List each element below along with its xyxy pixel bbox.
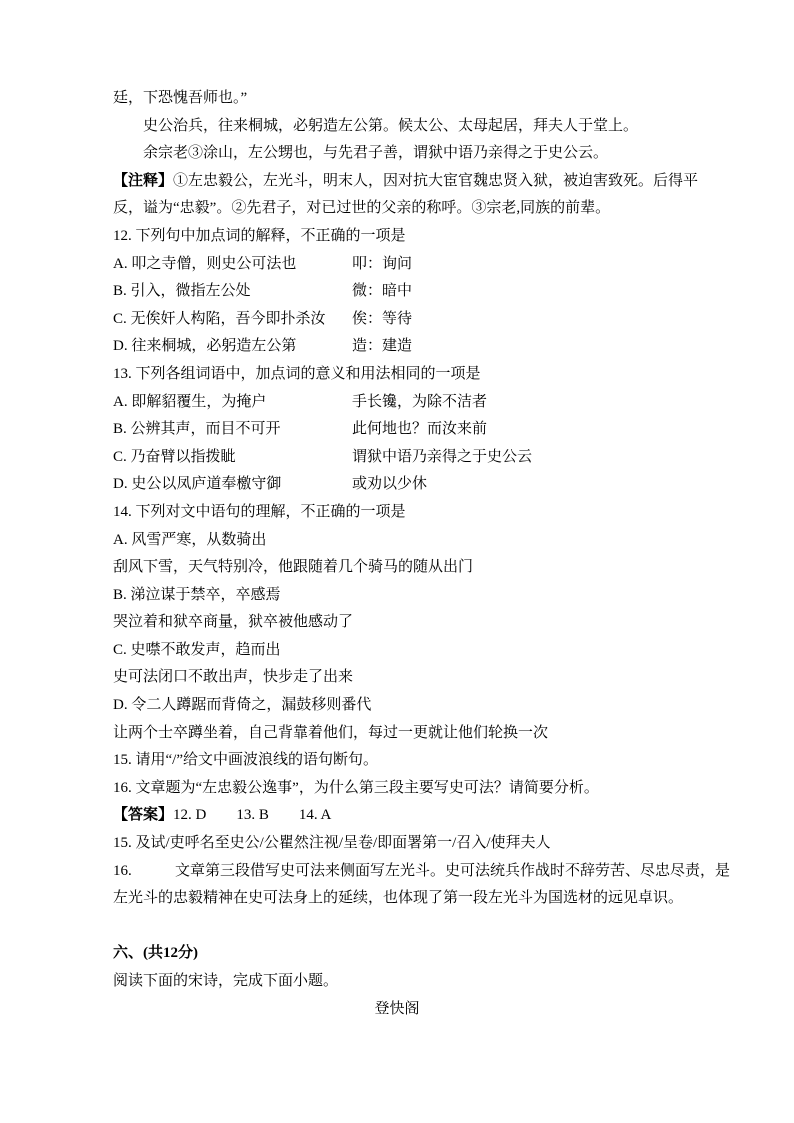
question-14-stem: 14. 下列对文中语句的理解，不正确的一项是 (113, 499, 713, 527)
question-13-stem: 13. 下列各组词语中，加点词的意义和用法相同的一项是 (113, 361, 713, 389)
answer-16-line-1: 16.文章第三段借写史可法来侧面写左光斗。史可法统兵作战时不辞劳苦、尽忠尽责，是 (113, 858, 713, 886)
option-phrase: C. 乃奋臂以指拨眦 (113, 444, 352, 472)
option-contrast: 手长镵，为除不洁者 (352, 394, 487, 410)
option-gloss: 叩：询问 (352, 256, 412, 272)
option-contrast: 谓狱中语乃亲得之于史公云 (352, 449, 532, 465)
option-contrast: 此何地也？而汝来前 (352, 421, 487, 437)
option-phrase: C. 无俟奸人构陷，吾今即扑杀汝 (113, 306, 352, 334)
question-14-option-c-translation: 史可法闭口不敢出声，快步走了出来 (113, 664, 713, 692)
document-page: 廷，下恐愧吾师也。” 史公治兵，往来桐城，必躬造左公第。候太公、太母起居，拜夫人… (113, 85, 713, 1023)
option-phrase: B. 公辨其声，而目不可开 (113, 416, 352, 444)
answers-choice-line: 【答案】12. D13. B14. A (113, 802, 713, 830)
answer-15-line: 15. 及试/吏呼名至史公/公瞿然注视/呈卷/即面署第一/召入/使拜夫人 (113, 830, 713, 858)
answer-16-number: 16. (113, 858, 175, 886)
blank-line (113, 913, 713, 941)
section-6-intro: 阅读下面的宋诗，完成下面小题。 (113, 968, 713, 996)
option-phrase: A. 即解貂覆生，为掩户 (113, 389, 352, 417)
option-phrase: D. 史公以凤庐道奉檄守御 (113, 471, 352, 499)
option-phrase: D. 往来桐城，必躬造左公第 (113, 333, 352, 361)
question-14-option-a-phrase: A. 风雪严寒，从数骑出 (113, 527, 713, 555)
answer-item-14: 14. A (299, 802, 332, 830)
option-gloss: 俟：等待 (352, 311, 412, 327)
note-line-2: 反，谥为“忠毅”。②先君子，对已过世的父亲的称呼。③宗老,同族的前辈。 (113, 195, 713, 223)
question-13-option-d: D. 史公以凤庐道奉檄守御或劝以少休 (113, 471, 713, 499)
question-14-option-b-phrase: B. 涕泣谋于禁卒，卒感焉 (113, 582, 713, 610)
poem-title: 登快阁 (0, 996, 794, 1024)
option-phrase: B. 引入，微指左公处 (113, 278, 352, 306)
question-12-option-b: B. 引入，微指左公处微：暗中 (113, 278, 713, 306)
note-line-1: 【注释】①左忠毅公，左光斗，明末人，因对抗大宦官魏忠贤入狱，被迫害致死。后得平 (113, 168, 713, 196)
option-gloss: 微：暗中 (352, 283, 412, 299)
answer-item-12: 12. D (173, 802, 206, 830)
question-16-stem: 16. 文章题为“左忠毅公逸事”，为什么第三段主要写史可法？请简要分析。 (113, 775, 713, 803)
question-12-option-a: A. 叩之寺僧，则史公可法也叩：询问 (113, 251, 713, 279)
question-14-option-b-translation: 哭泣着和狱卒商量，狱卒被他感动了 (113, 609, 713, 637)
question-13-option-a: A. 即解貂覆生，为掩户手长镵，为除不洁者 (113, 389, 713, 417)
option-contrast: 或劝以少休 (352, 476, 427, 492)
passage-line-3: 余宗老③涂山，左公甥也，与先君子善，谓狱中语乃亲得之于史公云。 (113, 140, 713, 168)
note-label: 【注释】 (113, 173, 173, 189)
question-14-option-d-translation: 让两个士卒蹲坐着，自己背靠着他们，每过一更就让他们轮换一次 (113, 720, 713, 748)
answers-label: 【答案】 (113, 807, 173, 823)
question-14-option-c-phrase: C. 史噤不敢发声，趋而出 (113, 637, 713, 665)
question-12-option-d: D. 往来桐城，必躬造左公第造：建造 (113, 333, 713, 361)
passage-line-2: 史公治兵，往来桐城，必躬造左公第。候太公、太母起居，拜夫人于堂上。 (113, 113, 713, 141)
option-phrase: A. 叩之寺僧，则史公可法也 (113, 251, 352, 279)
question-14-option-a-translation: 刮风下雪，天气特别冷，他跟随着几个骑马的随从出门 (113, 554, 713, 582)
answer-item-13: 13. B (236, 802, 269, 830)
question-13-option-b: B. 公辨其声，而目不可开此何地也？而汝来前 (113, 416, 713, 444)
option-gloss: 造：建造 (352, 338, 412, 354)
question-12-stem: 12. 下列句中加点词的解释，不正确的一项是 (113, 223, 713, 251)
note-text-1: ①左忠毅公，左光斗，明末人，因对抗大宦官魏忠贤入狱，被迫害致死。后得平 (173, 173, 698, 189)
answer-16-line-2: 左光斗的忠毅精神在史可法身上的延续，也体现了第一段左光斗为国选材的远见卓识。 (113, 885, 713, 913)
question-12-option-c: C. 无俟奸人构陷，吾今即扑杀汝俟：等待 (113, 306, 713, 334)
question-14-option-d-phrase: D. 令二人蹲踞而背倚之，漏鼓移则番代 (113, 692, 713, 720)
answer-16-text-1: 文章第三段借写史可法来侧面写左光斗。史可法统兵作战时不辞劳苦、尽忠尽责，是 (175, 863, 730, 879)
question-15-stem: 15. 请用“/”给文中画波浪线的语句断句。 (113, 747, 713, 775)
question-13-option-c: C. 乃奋臂以指拨眦谓狱中语乃亲得之于史公云 (113, 444, 713, 472)
passage-line-1: 廷，下恐愧吾师也。” (113, 85, 713, 113)
section-6-heading: 六、(共12分) (113, 940, 713, 968)
